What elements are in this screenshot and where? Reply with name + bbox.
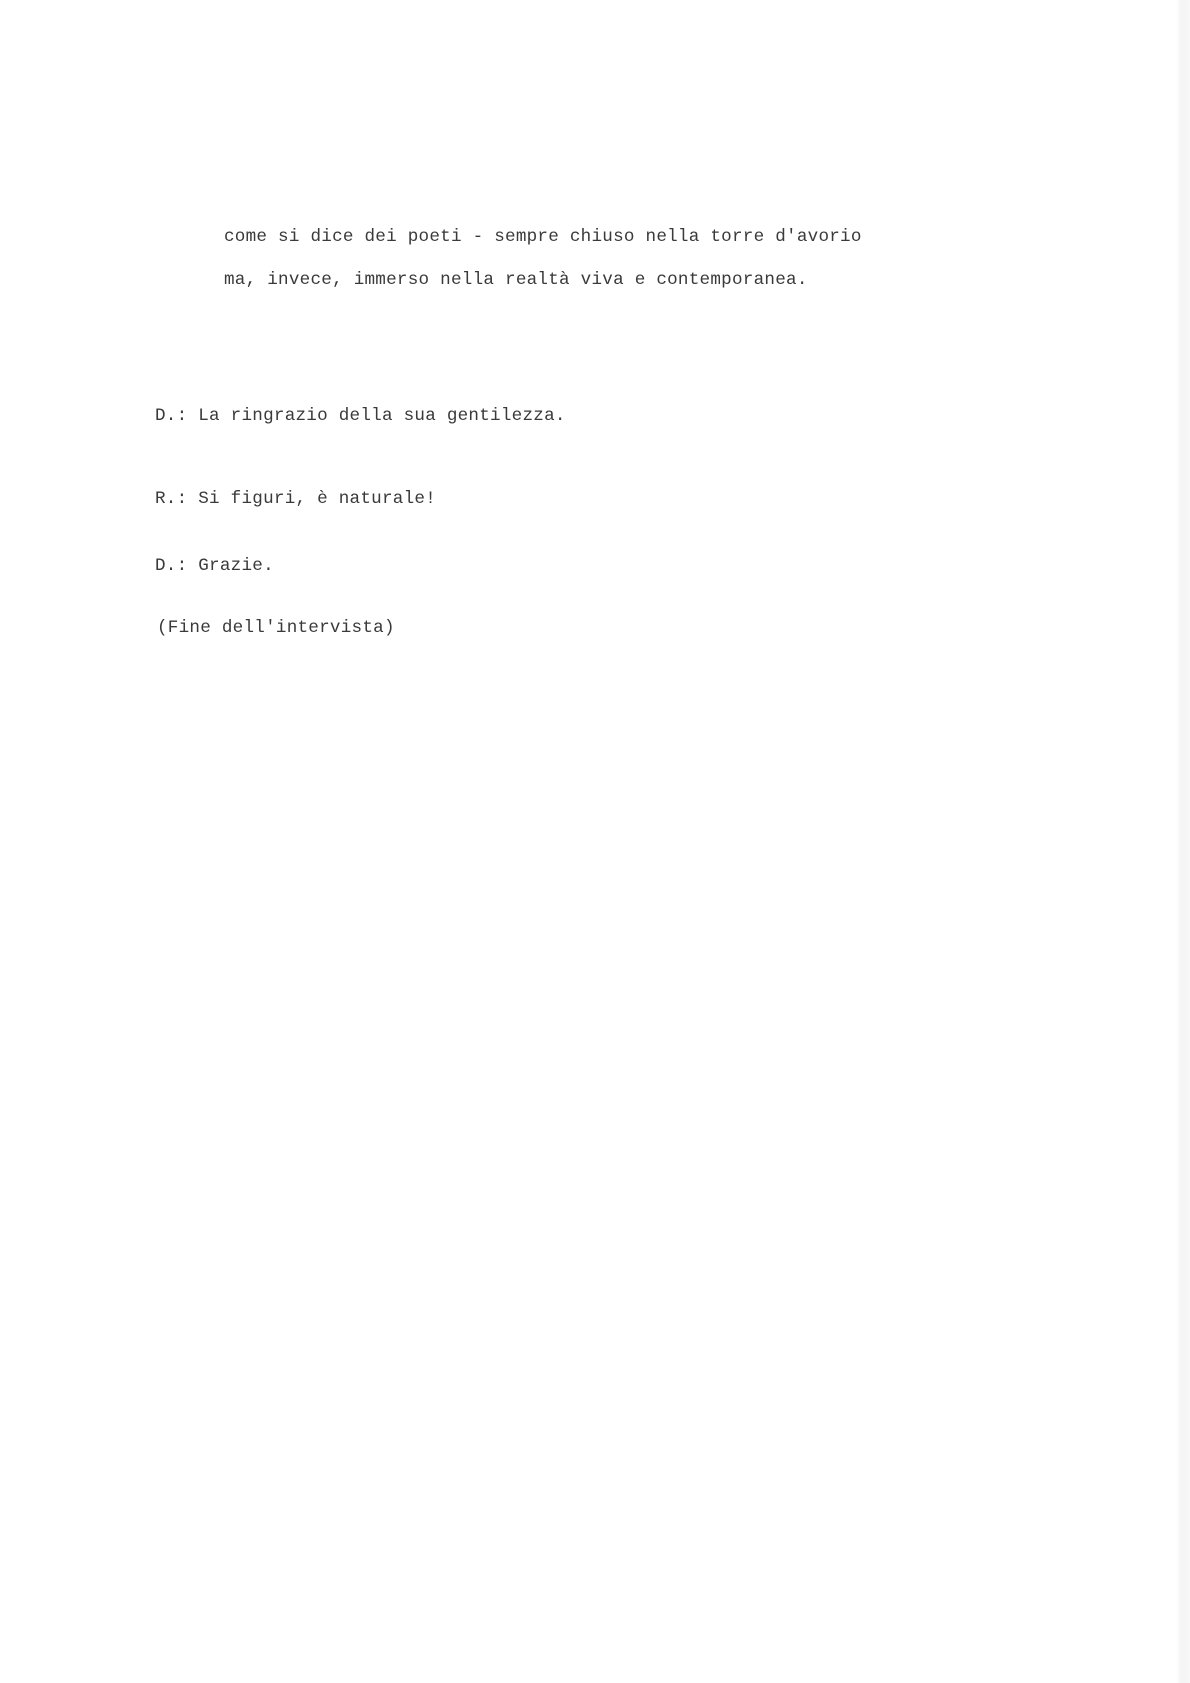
dialogue-line-answer: R.: Si figuri, è naturale! [155, 491, 436, 509]
page-edge [1176, 0, 1190, 1683]
text-line-continuation-2: ma, invece, immerso nella realtà viva e … [224, 272, 808, 290]
text-line-continuation-1: come si dice dei poeti - sempre chiuso n… [224, 229, 862, 247]
dialogue-line-question-thanks: D.: La ringrazio della sua gentilezza. [155, 408, 566, 426]
dialogue-line-question-grazie: D.: Grazie. [155, 558, 274, 576]
closing-note: (Fine dell'intervista) [157, 620, 395, 638]
